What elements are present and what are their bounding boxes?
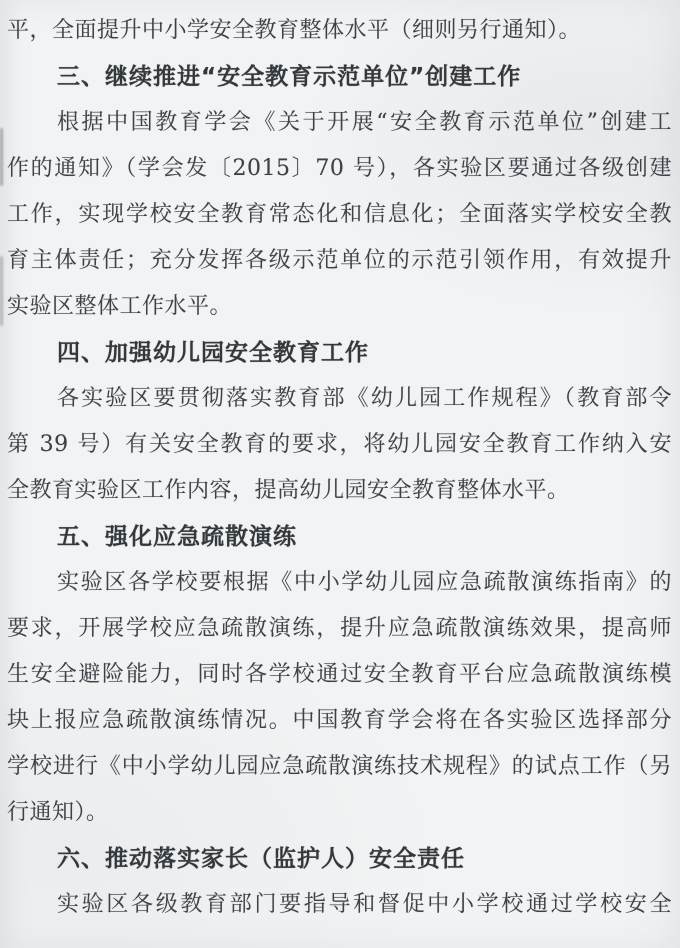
text-column: 平，全面提升中小学安全教育整体水平（细则另行通知）。三、继续推进“安全教育示范单… (7, 8, 672, 928)
section-heading: 六、推动落实家长（监护人）安全责任 (7, 836, 672, 882)
section-heading: 三、继续推进“安全教育示范单位”创建工作 (7, 54, 672, 100)
text-line: 生安全避险能力，同时各学校通过安全教育平台应急疏散演练模 (7, 652, 672, 698)
text-line: 平，全面提升中小学安全教育整体水平（细则另行通知）。 (7, 8, 672, 54)
text-line: 育主体责任；充分发挥各级示范单位的示范引领作用，有效提升 (7, 238, 672, 284)
text-line: 要求，开展学校应急疏散演练，提升应急疏散演练效果，提高师 (7, 606, 672, 652)
text-line: 块上报应急疏散演练情况。中国教育学会将在各实验区选择部分 (7, 698, 672, 744)
document-page: 平，全面提升中小学安全教育整体水平（细则另行通知）。三、继续推进“安全教育示范单… (0, 0, 680, 948)
text-line: 作的通知》（学会发〔2015〕70 号），各实验区要通过各级创建 (7, 146, 672, 192)
text-line: 学校进行《中小学幼儿园应急疏散演练技术规程》的试点工作（另 (7, 744, 672, 790)
text-line: 全教育实验区工作内容，提高幼儿园安全教育整体水平。 (7, 468, 672, 514)
text-line: 根据中国教育学会《关于开展“安全教育示范单位”创建工 (7, 100, 672, 146)
section-heading: 四、加强幼儿园安全教育工作 (7, 330, 672, 376)
text-line: 实验区整体工作水平。 (7, 284, 672, 330)
scan-artifact (0, 256, 3, 326)
text-line: 各实验区要贯彻落实教育部《幼儿园工作规程》（教育部令 (7, 376, 672, 422)
text-line: 工作，实现学校安全教育常态化和信息化；全面落实学校安全教 (7, 192, 672, 238)
text-line: 第 39 号）有关安全教育的要求，将幼儿园安全教育工作纳入安 (7, 422, 672, 468)
text-line: 实验区各级教育部门要指导和督促中小学校通过学校安全 (7, 882, 672, 928)
scan-artifact (0, 128, 3, 186)
text-line: 行通知）。 (7, 790, 672, 836)
text-line: 实验区各学校要根据《中小学幼儿园应急疏散演练指南》的 (7, 560, 672, 606)
section-heading: 五、强化应急疏散演练 (7, 514, 672, 560)
